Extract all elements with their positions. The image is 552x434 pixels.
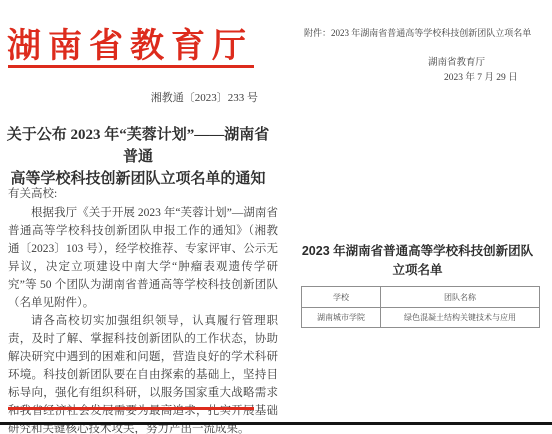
table-row: 湖南城市学院 绿色混凝土结构关键技术与应用 — [302, 308, 540, 328]
roster-cell-team: 绿色混凝土结构关键技术与应用 — [381, 308, 540, 328]
roster-header-team: 团队名称 — [381, 287, 540, 308]
roster-header-row: 学校 团队名称 — [302, 287, 540, 308]
issuer: 湖南省教育厅 — [428, 54, 485, 68]
roster-title-line1: 2023 年湖南省普通高等学校科技创新团队 — [283, 242, 552, 261]
notice-title: 关于公布 2023 年“芙蓉计划”——湖南省普通 高等学校科技创新团队立项名单的… — [4, 124, 272, 190]
roster-table: 学校 团队名称 湖南城市学院 绿色混凝土结构关键技术与应用 — [301, 286, 540, 328]
roster-header-school: 学校 — [302, 287, 381, 308]
attachment-page: 附件：2023 年湖南省普通高等学校科技创新团队立项名单 湖南省教育厅 2023… — [283, 0, 552, 434]
roster-title: 2023 年湖南省普通高等学校科技创新团队 立项名单 — [283, 242, 552, 280]
bottom-divider — [0, 422, 552, 425]
roster-cell-school: 湖南城市学院 — [302, 308, 381, 328]
doc-number: 湘教通〔2023〕233 号 — [0, 89, 258, 105]
document-scan: 湖南省教育厅 湘教通〔2023〕233 号 关于公布 2023 年“芙蓉计划”—… — [0, 0, 552, 434]
header-red-rule — [8, 65, 254, 68]
notice-body: 根据我厅《关于开展 2023 年“芙蓉计划”—湖南省普通高等学校科技创新团队申报… — [8, 204, 278, 434]
footer-red-rule — [8, 407, 254, 410]
roster-title-line2: 立项名单 — [283, 261, 552, 280]
notice-page: 湖南省教育厅 湘教通〔2023〕233 号 关于公布 2023 年“芙蓉计划”—… — [0, 0, 283, 434]
notice-title-line1: 关于公布 2023 年“芙蓉计划”——湖南省普通 — [4, 124, 272, 168]
issue-date: 2023 年 7 月 29 日 — [444, 69, 518, 83]
salutation: 有关高校: — [8, 185, 57, 201]
notice-paragraph-1: 根据我厅《关于开展 2023 年“芙蓉计划”—湖南省普通高等学校科技创新团队申报… — [8, 204, 278, 312]
agency-header: 湖南省教育厅 — [4, 18, 256, 67]
attachment-line: 附件：2023 年湖南省普通高等学校科技创新团队立项名单 — [304, 26, 549, 39]
notice-paragraph-2: 请各高校切实加强组织领导，认真履行管理职责，及时了解、掌握科技创新团队的工作状态… — [8, 312, 278, 434]
